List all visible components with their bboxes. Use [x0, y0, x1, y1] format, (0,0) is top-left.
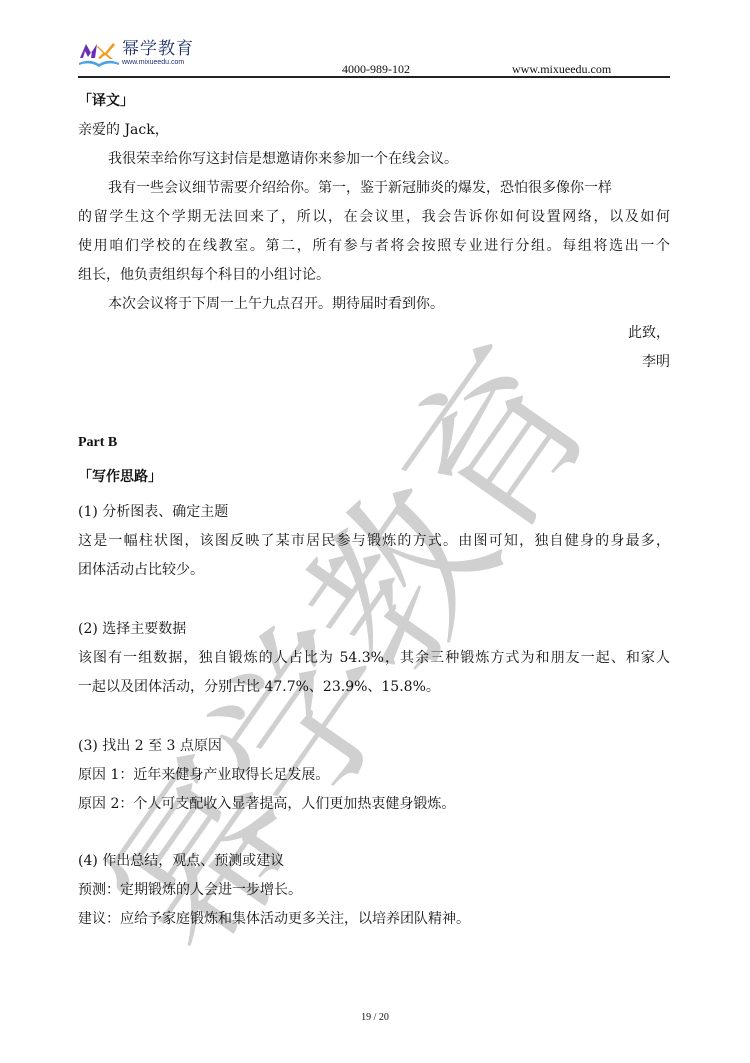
translation-heading: 「译文」 — [78, 92, 134, 110]
logo-name: 幂学教育 — [122, 40, 194, 58]
section-4-line-2: 建议：应给予家庭锻炼和集体活动更多关注，以培养团队精神。 — [78, 910, 470, 928]
document-page: 幂学教育 幂学教育 www.mixueedu.com 4000-989-102 … — [0, 0, 750, 1063]
section-1-line-2: 团体活动占比较少。 — [78, 561, 204, 579]
logo-url: www.mixueedu.com — [122, 59, 184, 66]
paragraph-3: 本次会议将于下周一上午九点召开。期待届时看到你。 — [108, 295, 444, 313]
section-4-title: (4) 作出总结，观点、预测或建议 — [78, 852, 284, 870]
paragraph-2-line-2: 的留学生这个学期无法回来了，所以，在会议里，我会告诉你如何设置网络，以及如何 — [78, 208, 670, 226]
header-website: www.mixueedu.com — [512, 62, 611, 77]
section-3-line-2: 原因 2：个人可支配收入显著提高，人们更加热衷健身锻炼。 — [78, 795, 455, 813]
signature: 李明 — [642, 353, 670, 371]
paragraph-2-line-3: 使用咱们学校的在线教室。第二，所有参与者将会按照专业进行分组。每组将选出一个 — [78, 237, 670, 255]
section-3-line-1: 原因 1：近年来健身产业取得长足发展。 — [78, 766, 329, 784]
logo: 幂学教育 www.mixueedu.com — [78, 40, 208, 74]
header-phone: 4000-989-102 — [342, 62, 410, 77]
header-divider — [78, 76, 670, 78]
mx-logo-icon — [78, 40, 120, 70]
closing: 此致， — [628, 324, 670, 342]
writing-idea-heading: 「写作思路」 — [78, 468, 162, 486]
paragraph-2-line-1: 我有一些会议细节需要介绍给你。第一，鉴于新冠肺炎的爆发，恐怕很多像你一样 — [108, 179, 612, 197]
section-2-line-1: 该图有一组数据，独自锻炼的人占比为 54.3%，其余三种锻炼方式为和朋友一起、和… — [78, 649, 670, 667]
page-number: 19 / 20 — [0, 1012, 750, 1023]
section-4-line-1: 预测：定期锻炼的人会进一步增长。 — [78, 881, 302, 899]
section-1-title: (1) 分析图表、确定主题 — [78, 503, 228, 521]
page-header: 幂学教育 www.mixueedu.com 4000-989-102 www.m… — [78, 38, 670, 76]
salutation: 亲爱的 Jack， — [78, 121, 169, 139]
page-content: 幂学教育 www.mixueedu.com 4000-989-102 www.m… — [0, 0, 750, 1063]
section-2-line-2: 一起以及团体活动，分别占比 47.7%、23.9%、15.8%。 — [78, 678, 440, 696]
section-2-title: (2) 选择主要数据 — [78, 620, 186, 638]
part-b-title: Part B — [78, 434, 117, 452]
section-1-line-1: 这是一幅柱状图，该图反映了某市居民参与锻炼的方式。由图可知，独自健身的身最多， — [78, 532, 670, 550]
paragraph-2-line-4: 组长，他负责组织每个科目的小组讨论。 — [78, 266, 330, 284]
paragraph-1: 我很荣幸给你写这封信是想邀请你来参加一个在线会议。 — [108, 150, 458, 168]
section-3-title: (3) 找出 2 至 3 点原因 — [78, 737, 222, 755]
